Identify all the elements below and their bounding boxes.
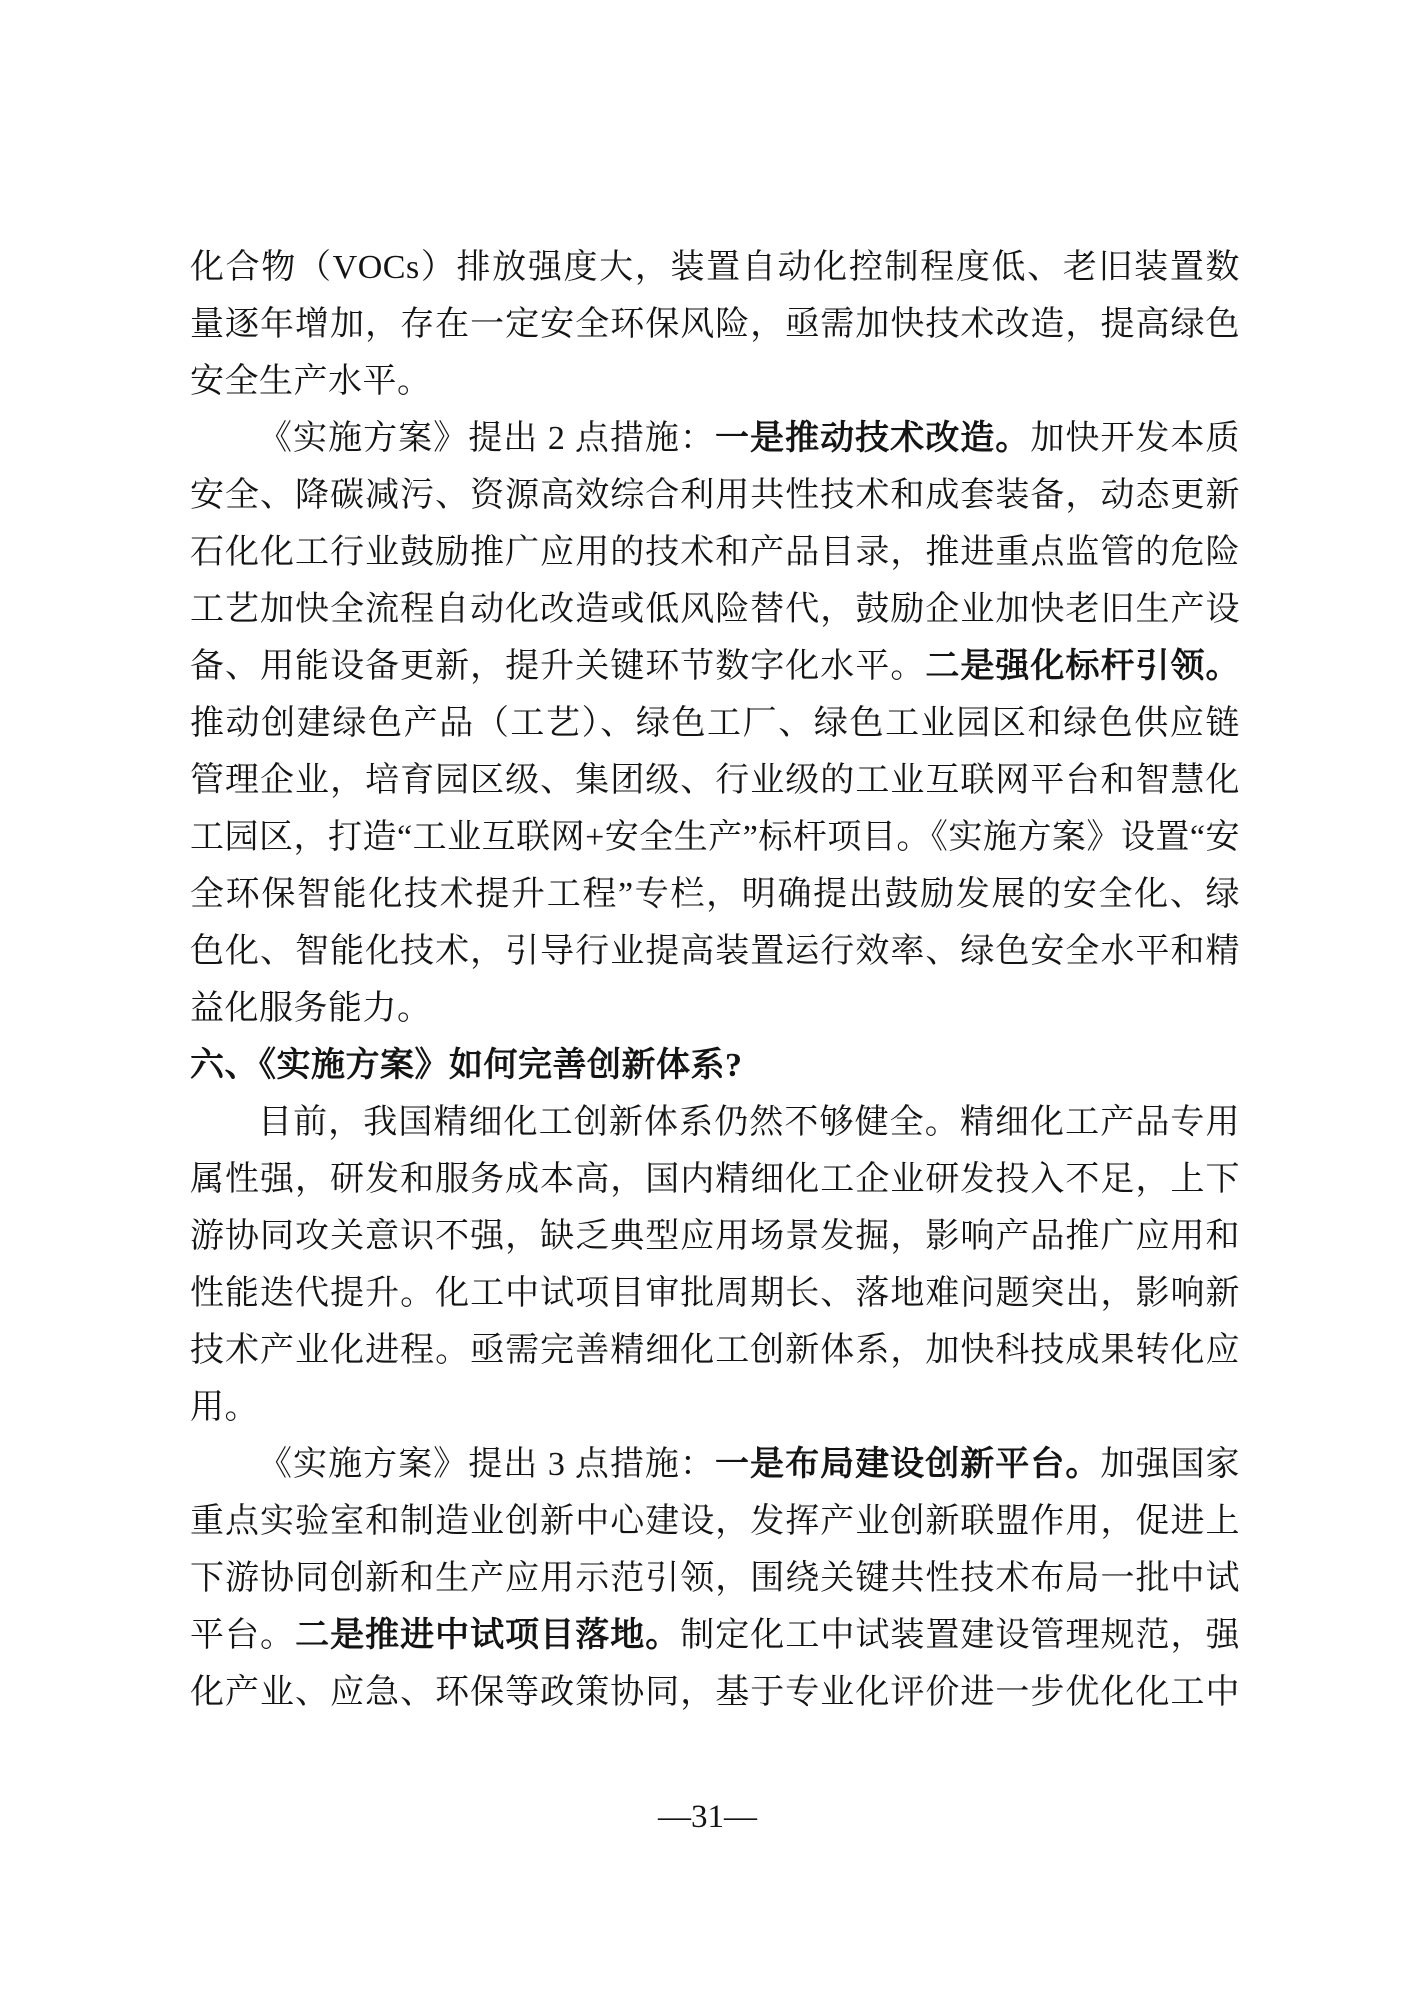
text-run: 重点实验室和制造业创新中心建设，发挥产业创新联盟作用，促进上 <box>190 1503 1240 1540</box>
text-line: 石化化工行业鼓励推广应用的技术和产品目录，推进重点监管的危险 <box>190 524 1240 581</box>
text-run: 管理企业，培育园区级、集团级、行业级的工业互联网平台和智慧化 <box>190 762 1240 799</box>
text-run: 制定化工中试装置建设管理规范，强 <box>680 1617 1240 1654</box>
text-line: 《实施方案》提出 2 点措施：一是推动技术改造。加快开发本质 <box>190 410 1240 467</box>
text-line: 安全生产水平。 <box>190 353 1240 410</box>
text-line: 下游协同创新和生产应用示范引领，围绕关键共性技术布局一批中试 <box>190 1550 1240 1607</box>
text-run: 工园区，打造“工业互联网+安全生产”标杆项目。《实施方案》设置“安 <box>190 819 1240 856</box>
text-run: 用。 <box>190 1389 259 1426</box>
text-line: 化产业、应急、环保等政策协同，基于专业化评价进一步优化化工中 <box>190 1664 1240 1721</box>
text-run: 六、《实施方案》如何完善创新体系? <box>190 1047 743 1084</box>
text-run: 色化、智能化技术，引导行业提高装置运行效率、绿色安全水平和精 <box>190 933 1240 970</box>
text-run: 石化化工行业鼓励推广应用的技术和产品目录，推进重点监管的危险 <box>190 534 1240 571</box>
text-run: 化产业、应急、环保等政策协同，基于专业化评价进一步优化化工中 <box>190 1674 1240 1711</box>
section-heading: 六、《实施方案》如何完善创新体系? <box>190 1037 1240 1094</box>
text-run: 化合物（VOCs）排放强度大，装置自动化控制程度低、老旧装置数 <box>190 249 1240 286</box>
text-line: 推动创建绿色产品（工艺）、绿色工厂、绿色工业园区和绿色供应链 <box>190 695 1240 752</box>
text-line: 工园区，打造“工业互联网+安全生产”标杆项目。《实施方案》设置“安 <box>190 809 1240 866</box>
text-run: 推动创建绿色产品（工艺）、绿色工厂、绿色工业园区和绿色供应链 <box>190 705 1240 742</box>
text-run: 游协同攻关意识不强，缺乏典型应用场景发掘，影响产品推广应用和 <box>190 1218 1240 1255</box>
text-line: 游协同攻关意识不强，缺乏典型应用场景发掘，影响产品推广应用和 <box>190 1208 1240 1265</box>
text-run: 工艺加快全流程自动化改造或低风险替代，鼓励企业加快老旧生产设 <box>190 591 1240 628</box>
text-line: 技术产业化进程。亟需完善精细化工创新体系，加快科技成果转化应 <box>190 1322 1240 1379</box>
text-line: 安全、降碳减污、资源高效综合利用共性技术和成套装备，动态更新 <box>190 467 1240 524</box>
text-run: 安全生产水平。 <box>190 363 432 400</box>
text-line: 益化服务能力。 <box>190 980 1240 1037</box>
text-line: 工艺加快全流程自动化改造或低风险替代，鼓励企业加快老旧生产设 <box>190 581 1240 638</box>
text-line: 重点实验室和制造业创新中心建设，发挥产业创新联盟作用，促进上 <box>190 1493 1240 1550</box>
text-line: 备、用能设备更新，提升关键环节数字化水平。二是强化标杆引领。 <box>190 638 1240 695</box>
text-line: 管理企业，培育园区级、集团级、行业级的工业互联网平台和智慧化 <box>190 752 1240 809</box>
text-run: 《实施方案》提出 3 点措施： <box>258 1446 715 1483</box>
text-line: 《实施方案》提出 3 点措施：一是布局建设创新平台。加强国家 <box>190 1436 1240 1493</box>
text-line: 目前，我国精细化工创新体系仍然不够健全。精细化工产品专用 <box>190 1094 1240 1151</box>
text-run: 技术产业化进程。亟需完善精细化工创新体系，加快科技成果转化应 <box>190 1332 1240 1369</box>
text-run: 加强国家 <box>1100 1446 1240 1483</box>
text-line: 化合物（VOCs）排放强度大，装置自动化控制程度低、老旧装置数 <box>190 239 1240 296</box>
text-line: 用。 <box>190 1379 1240 1436</box>
document-page: 化合物（VOCs）排放强度大，装置自动化控制程度低、老旧装置数量逐年增加，存在一… <box>0 0 1415 2000</box>
text-line: 色化、智能化技术，引导行业提高装置运行效率、绿色安全水平和精 <box>190 923 1240 980</box>
page-number: —31— <box>0 1795 1415 1840</box>
text-run: 性能迭代提升。化工中试项目审批周期长、落地难问题突出，影响新 <box>190 1275 1240 1312</box>
text-line: 全环保智能化技术提升工程”专栏，明确提出鼓励发展的安全化、绿 <box>190 866 1240 923</box>
text-line: 量逐年增加，存在一定安全环保风险，亟需加快技术改造，提高绿色 <box>190 296 1240 353</box>
text-line: 属性强，研发和服务成本高，国内精细化工企业研发投入不足，上下 <box>190 1151 1240 1208</box>
text-run: 加快开发本质 <box>1030 420 1240 457</box>
document-body: 化合物（VOCs）排放强度大，装置自动化控制程度低、老旧装置数量逐年增加，存在一… <box>190 239 1240 1721</box>
text-line: 平台。二是推进中试项目落地。制定化工中试装置建设管理规范，强 <box>190 1607 1240 1664</box>
text-run: 目前，我国精细化工创新体系仍然不够健全。精细化工产品专用 <box>258 1104 1240 1141</box>
text-run: 量逐年增加，存在一定安全环保风险，亟需加快技术改造，提高绿色 <box>190 306 1240 343</box>
text-run: 安全、降碳减污、资源高效综合利用共性技术和成套装备，动态更新 <box>190 477 1240 514</box>
bold-text-run: 一是推动技术改造。 <box>715 420 1030 457</box>
text-run: 平台。 <box>190 1617 295 1654</box>
text-run: 益化服务能力。 <box>190 990 432 1027</box>
text-line: 性能迭代提升。化工中试项目审批周期长、落地难问题突出，影响新 <box>190 1265 1240 1322</box>
bold-text-run: 一是布局建设创新平台。 <box>715 1446 1100 1483</box>
text-run: 备、用能设备更新，提升关键环节数字化水平。 <box>190 648 925 685</box>
text-run: 《实施方案》提出 2 点措施： <box>258 420 715 457</box>
text-run: 下游协同创新和生产应用示范引领，围绕关键共性技术布局一批中试 <box>190 1560 1240 1597</box>
bold-text-run: 二是强化标杆引领。 <box>925 648 1240 685</box>
text-run: 全环保智能化技术提升工程”专栏，明确提出鼓励发展的安全化、绿 <box>190 876 1240 913</box>
text-run: 属性强，研发和服务成本高，国内精细化工企业研发投入不足，上下 <box>190 1161 1240 1198</box>
bold-text-run: 二是推进中试项目落地。 <box>295 1617 680 1654</box>
